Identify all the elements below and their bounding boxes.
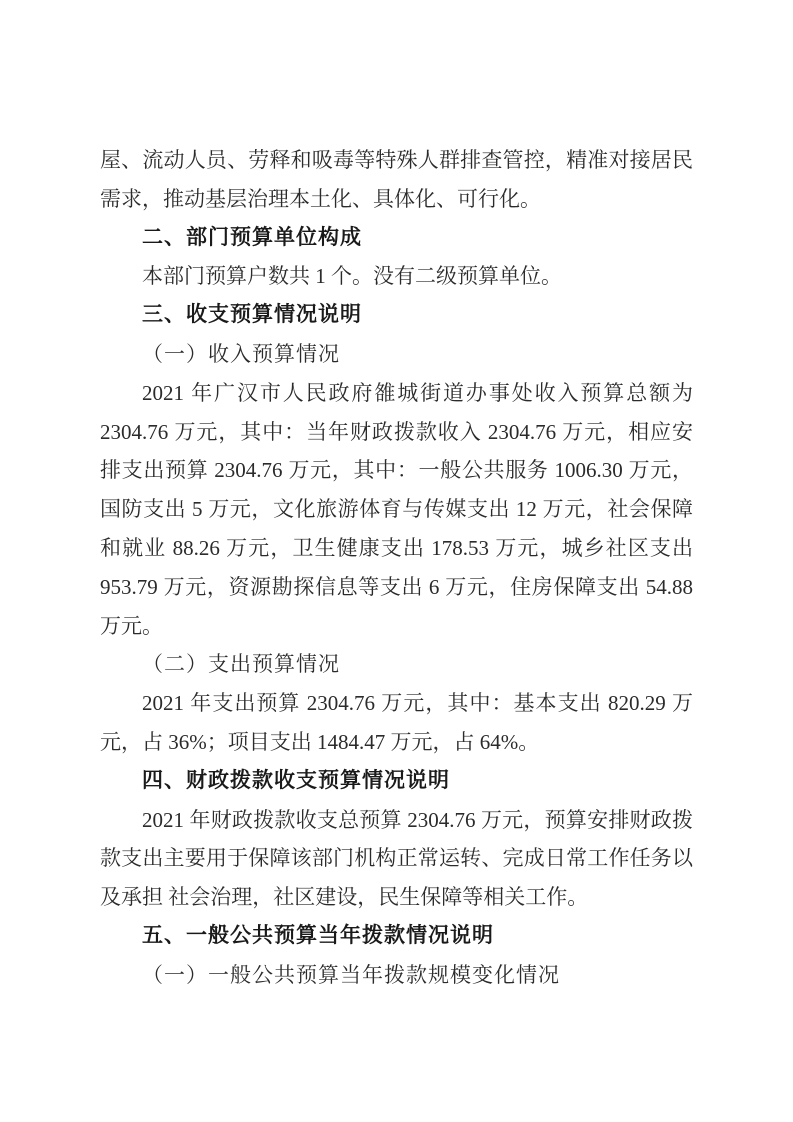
section-heading: 三、收支预算情况说明: [100, 296, 693, 335]
paragraph-line: 本部门预算户数共 1 个。没有二级预算单位。: [100, 257, 693, 296]
sub-heading: （一）一般公共预算当年拨款规模变化情况: [100, 956, 693, 995]
document-page: 屋、流动人员、劳释和吸毒等特殊人群排查管控，精准对接居民 需求，推动基层治理本土…: [0, 0, 793, 1122]
section-heading: 五、一般公共预算当年拨款情况说明: [100, 917, 693, 956]
paragraph-line: 2021 年广汉市人民政府雒城街道办事处收入预算总额为: [100, 374, 693, 413]
sub-heading: （二）支出预算情况: [100, 645, 693, 684]
section-heading: 二、部门预算单位构成: [100, 219, 693, 258]
paragraph-line: 2021 年财政拨款收支总预算 2304.76 万元，预算安排财政拨: [100, 801, 693, 840]
paragraph-line: 和就业 88.26 万元，卫生健康支出 178.53 万元，城乡社区支出: [100, 529, 693, 568]
sub-heading: （一）收入预算情况: [100, 335, 693, 374]
paragraph-line: 2021 年支出预算 2304.76 万元，其中：基本支出 820.29 万: [100, 684, 693, 723]
paragraph-line: 需求，推动基层治理本土化、具体化、可行化。: [100, 180, 693, 219]
paragraph-line: 款支出主要用于保障该部门机构正常运转、完成日常工作任务以: [100, 839, 693, 878]
paragraph-line: 953.79 万元，资源勘探信息等支出 6 万元，住房保障支出 54.88: [100, 568, 693, 607]
paragraph-line: 2304.76 万元，其中：当年财政拨款收入 2304.76 万元，相应安: [100, 413, 693, 452]
paragraph-line: 屋、流动人员、劳释和吸毒等特殊人群排查管控，精准对接居民: [100, 141, 693, 180]
paragraph-line: 国防支出 5 万元，文化旅游体育与传媒支出 12 万元，社会保障: [100, 490, 693, 529]
paragraph-line: 排支出预算 2304.76 万元，其中：一般公共服务 1006.30 万元，: [100, 451, 693, 490]
document-body: 屋、流动人员、劳释和吸毒等特殊人群排查管控，精准对接居民 需求，推动基层治理本土…: [100, 141, 693, 995]
section-heading: 四、财政拨款收支预算情况说明: [100, 762, 693, 801]
paragraph-line: 元，占 36%；项目支出 1484.47 万元，占 64%。: [100, 723, 693, 762]
paragraph-line: 及承担 社会治理，社区建设，民生保障等相关工作。: [100, 878, 693, 917]
paragraph-line: 万元。: [100, 607, 693, 646]
